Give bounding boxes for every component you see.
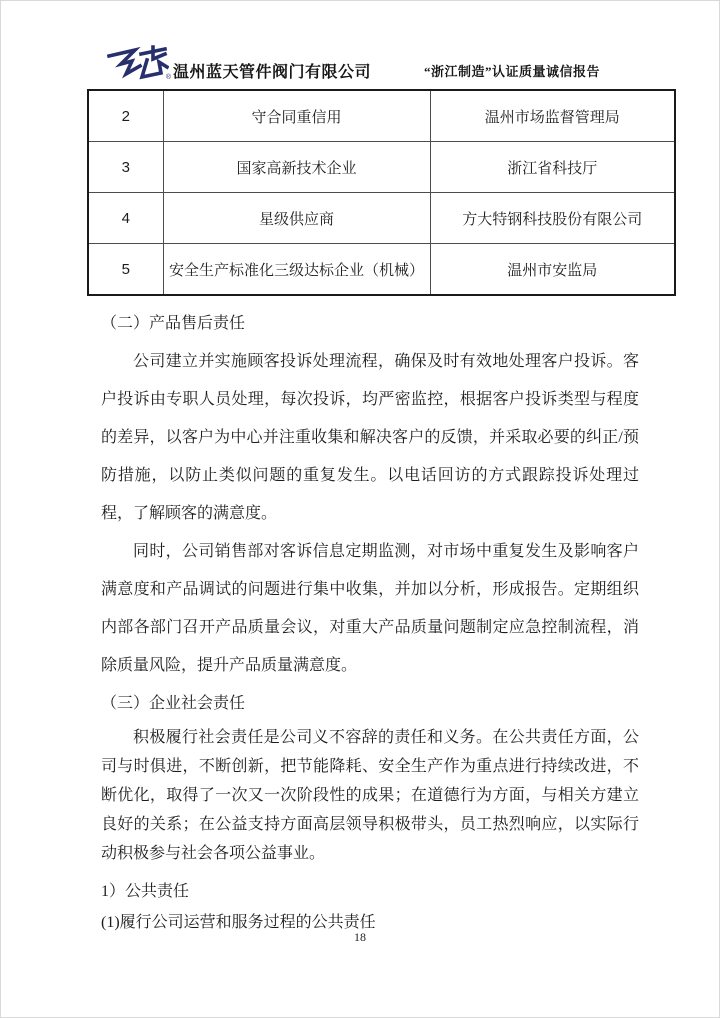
page-header: ® 温州蓝天管件阀门有限公司 “浙江制造”认证质量诚信报告 [1, 1, 719, 89]
paragraph-sales-monitoring: 同时，公司销售部对客诉信息定期监测，对市场中重复发生及影响客户满意度和产品调试的… [101, 533, 639, 685]
document-page: ® 温州蓝天管件阀门有限公司 “浙江制造”认证质量诚信报告 2守合同重信用温州市… [0, 0, 720, 1018]
paragraph-social-responsibility: 积极履行社会责任是公司义不容辞的责任和义务。在公共责任方面，公司与时俱进，不断创… [101, 723, 639, 868]
issuing-authority: 浙江省科技厅 [430, 142, 675, 193]
subheading-public-responsibility: 1）公共责任 [101, 877, 639, 907]
issuing-authority: 方大特钢科技股份有限公司 [430, 193, 675, 244]
honor-name: 国家高新技术企业 [163, 142, 430, 193]
section-heading-social-responsibility: （三）企业社会责任 [101, 685, 639, 723]
row-number: 2 [88, 90, 163, 142]
company-name: 温州蓝天管件阀门有限公司 [173, 59, 371, 82]
honors-table-body: 2守合同重信用温州市场监督管理局3国家高新技术企业浙江省科技厅4星级供应商方大特… [88, 90, 675, 295]
page-number: 18 [1, 930, 719, 945]
table-row: 3国家高新技术企业浙江省科技厅 [88, 142, 675, 193]
honor-name: 守合同重信用 [163, 90, 430, 142]
company-logo: ® [107, 45, 169, 83]
honors-table-wrap: 2守合同重信用温州市场监督管理局3国家高新技术企业浙江省科技厅4星级供应商方大特… [87, 89, 674, 296]
report-title: “浙江制造”认证质量诚信报告 [424, 61, 600, 80]
honors-table: 2守合同重信用温州市场监督管理局3国家高新技术企业浙江省科技厅4星级供应商方大特… [87, 89, 676, 296]
body-text: （二）产品售后责任 公司建立并实施顾客投诉处理流程，确保及时有效地处理客户投诉。… [101, 295, 639, 937]
issuing-authority: 温州市安监局 [430, 244, 675, 296]
issuing-authority: 温州市场监督管理局 [430, 90, 675, 142]
feilong-logo-icon [107, 45, 169, 83]
honor-name: 安全生产标准化三级达标企业（机械） [163, 244, 430, 296]
table-row: 5安全生产标准化三级达标企业（机械）温州市安监局 [88, 244, 675, 296]
paragraph-complaint-process: 公司建立并实施顾客投诉处理流程，确保及时有效地处理客户投诉。客户投诉由专职人员处… [101, 343, 639, 533]
table-row: 4星级供应商方大特钢科技股份有限公司 [88, 193, 675, 244]
row-number: 5 [88, 244, 163, 296]
honor-name: 星级供应商 [163, 193, 430, 244]
table-row: 2守合同重信用温州市场监督管理局 [88, 90, 675, 142]
section-heading-after-sales: （二）产品售后责任 [101, 305, 639, 343]
registered-trademark-icon: ® [166, 74, 171, 81]
row-number: 3 [88, 142, 163, 193]
row-number: 4 [88, 193, 163, 244]
